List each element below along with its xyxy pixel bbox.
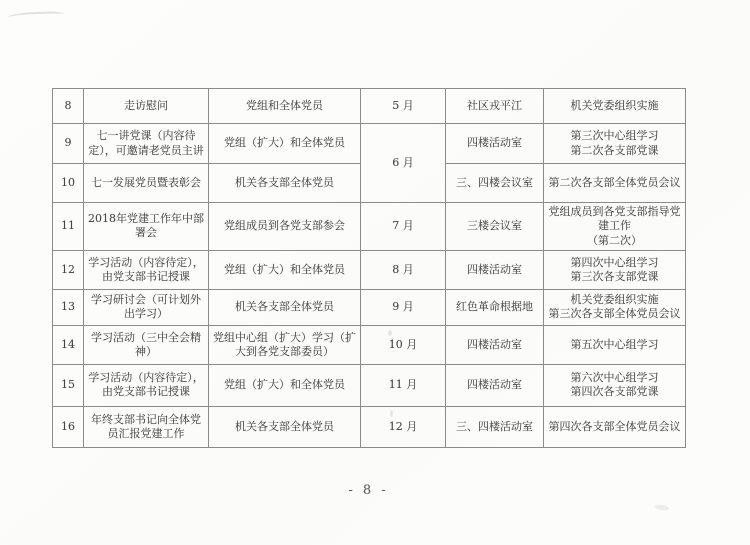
cell-participants: 党组成员到各党支部参会 [209,203,361,251]
schedule-table: 8 走访慰问 党组和全体党员 5 月 社区戎平江 机关党委组织实施 9 七一讲党… [52,88,686,448]
cell-month: 11 月 [361,364,446,406]
cell-no: 14 [53,325,84,364]
cell-location: 三楼会议室 [446,203,544,251]
cell-activity: 学习研讨会（可计划外出学习） [84,289,209,325]
cell-activity: 学习活动（三中全会精神） [84,325,209,364]
cell-activity: 2018年党建工作年中部署会 [84,203,209,251]
table-row: 11 2018年党建工作年中部署会 党组成员到各党支部参会 7 月 三楼会议室 … [53,203,686,251]
cell-note: 第四次各支部全体党员会议 [544,406,686,447]
cell-no: 8 [53,89,84,124]
cell-month: 5 月 [361,89,446,124]
cell-participants: 机关各支部全体党员 [209,289,361,325]
cell-activity: 七一发展党员暨表彰会 [84,164,209,203]
cell-no: 11 [53,203,84,251]
cell-no: 9 [53,124,84,164]
cell-activity: 年终支部书记向全体党员汇报党建工作 [84,406,209,447]
cell-note: 第五次中心组学习 [544,325,686,364]
cell-no: 15 [53,364,84,406]
cell-month: 9 月 [361,289,446,325]
cell-location: 红色革命根据地 [446,289,544,325]
table-row: 9 七一讲党课（内容待定），可邀请老党员主讲 党组（扩大）和全体党员 6 月 四… [53,124,686,164]
cell-month: 12 月 [361,406,446,447]
cell-note: 第四次中心组学习 第三次各支部党课 [544,250,686,289]
page-number: - 8 - [52,483,685,498]
cell-no: 16 [53,406,84,447]
table-row: 15 学习活动（内容待定），由党支部书记授课 党组（扩大）和全体党员 11 月 … [53,364,686,406]
cell-no: 12 [53,250,84,289]
table-row: 16 年终支部书记向全体党员汇报党建工作 机关各支部全体党员 12 月 三、四楼… [53,406,686,447]
table-row: 14 学习活动（三中全会精神） 党组中心组（扩大）学习（扩大到各党支部委员） 1… [53,325,686,364]
cell-note: 机关党委组织实施 第三次各支部全体党员会议 [544,289,686,325]
scan-artifact [655,504,670,511]
table-row: 12 学习活动（内容待定），由党支部书记授课 党组（扩大）和全体党员 8 月 四… [53,250,686,289]
scanned-document-page: 8 走访慰问 党组和全体党员 5 月 社区戎平江 机关党委组织实施 9 七一讲党… [0,0,750,545]
cell-note: 党组成员到各党支部指导党建工作 （第二次） [544,203,686,251]
cell-participants: 党组（扩大）和全体党员 [209,124,361,164]
cell-activity: 走访慰问 [84,89,209,124]
cell-note: 第六次中心组学习 第四次各支部党课 [544,364,686,406]
cell-location: 四楼活动室 [446,325,544,364]
cell-note: 第二次各支部全体党员会议 [544,164,686,203]
table-row: 8 走访慰问 党组和全体党员 5 月 社区戎平江 机关党委组织实施 [53,89,686,124]
cell-activity: 七一讲党课（内容待定），可邀请老党员主讲 [84,124,209,164]
cell-activity: 学习活动（内容待定），由党支部书记授课 [84,250,209,289]
cell-location: 三、四楼活动室 [446,406,544,447]
scan-artifact [8,11,64,21]
cell-participants: 党组（扩大）和全体党员 [209,250,361,289]
cell-location: 四楼活动室 [446,364,544,406]
cell-location: 四楼活动室 [446,124,544,164]
cell-participants: 机关各支部全体党员 [209,406,361,447]
cell-participants: 党组中心组（扩大）学习（扩大到各党支部委员） [209,325,361,364]
cell-no: 10 [53,164,84,203]
cell-month: 7 月 [361,203,446,251]
cell-note: 第三次中心组学习 第二次各支部党课 [544,124,686,164]
cell-location: 四楼活动室 [446,250,544,289]
cell-location: 社区戎平江 [446,89,544,124]
cell-activity: 学习活动（内容待定），由党支部书记授课 [84,364,209,406]
table-row: 13 学习研讨会（可计划外出学习） 机关各支部全体党员 9 月 红色革命根据地 … [53,289,686,325]
cell-month-merged: 6 月 [361,124,446,203]
cell-participants: 党组（扩大）和全体党员 [209,364,361,406]
cell-month: 10 月 [361,325,446,364]
cell-month: 8 月 [361,250,446,289]
cell-note: 机关党委组织实施 [544,89,686,124]
cell-no: 13 [53,289,84,325]
cell-location: 三、四楼会议室 [446,164,544,203]
cell-participants: 机关各支部全体党员 [209,164,361,203]
cell-participants: 党组和全体党员 [209,89,361,124]
